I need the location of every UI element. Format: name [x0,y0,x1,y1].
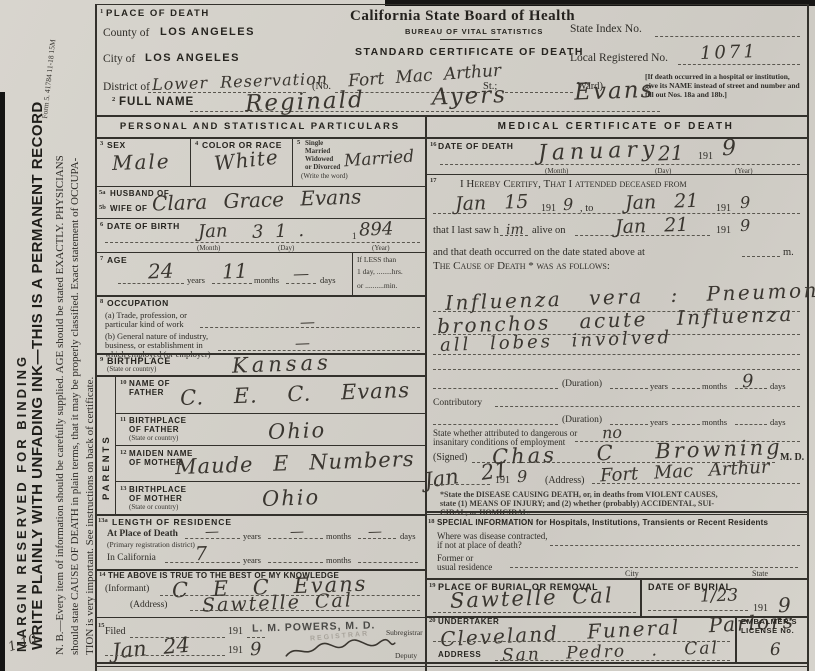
if-less-line3: or ..........min. [357,281,397,290]
rule-under-age-row [95,295,425,297]
residence-at-years-label: years [243,531,261,541]
father-birthplace-note: (State or country) [129,434,178,442]
state-caption: State [752,569,768,578]
residence-in-california-label: In California [107,553,156,563]
sex-label: SEX [107,140,126,150]
md-label: M. D. [780,452,804,463]
last-saw-date: Jan 21 [615,214,689,239]
dob-cap-year: (Year) [372,244,390,252]
filed-year-printed-1: 191 [228,626,243,637]
full-name-label: FULL NAME [119,96,194,108]
standard-certificate-title: STANDARD CERTIFICATE OF DEATH [355,46,584,58]
dob-label: DATE OF BIRTH [107,221,180,231]
personal-section-title: PERSONAL AND STATISTICAL PARTICULARS [95,121,425,132]
duration2-months-label: months [702,417,727,427]
certify-from-year: 9 [563,195,574,214]
board-of-health-title: California State Board of Health [350,8,575,25]
rule-under-dod [425,174,807,175]
last-saw-him-value: im [506,222,524,239]
dob-year-value: 894 [359,218,394,240]
signed-label: (Signed) [433,452,467,463]
num-residence: 13a [98,517,108,524]
certify-from-date: Jan 15 [455,191,529,216]
informant-address-label: (Address) [130,600,167,610]
hospital-note: [If death occurred in a hospital or inst… [645,72,803,99]
signed-year: 9 [517,467,528,486]
certify-to-year: 9 [740,193,751,212]
num-burial: 19 [429,582,436,589]
rule-under-section-titles [95,137,809,139]
num-full-name: 2 [112,96,115,103]
burial-place-value: Sawtelle Cal [450,583,614,613]
occurred-m-label: m. [783,247,794,258]
margin-nb-line1: N. B.—Every item of information should b… [54,155,66,655]
date-of-death-day: 21 [658,141,684,166]
duration2-months-blank [672,424,700,425]
bureau-underline [440,39,500,40]
duration-years-label: years [650,381,668,391]
certify-to-date: Jan 21 [625,190,699,215]
residence-at-days-label: days [400,531,416,541]
local-registered-value: 1071 [700,41,759,64]
last-saw-text2: alive on [532,225,566,236]
age-label: AGE [107,255,127,265]
duration2-label: (Duration) [562,415,602,425]
duration-months-label: months [702,381,727,391]
informant-label: (Informant) [105,584,149,594]
certify-to-year-printed: 191 [716,203,731,214]
rule-under-violent-note [425,511,807,513]
rule-under-fullname [95,115,809,117]
frame-top [95,4,809,5]
rule-under-dob-row [95,252,425,253]
signed-address-label: (Address) [545,475,584,486]
num-undertaker: 20 [429,617,436,624]
duration-years-blank [610,388,648,389]
city-caption: City [625,569,639,578]
birthplace-note: (State or country) [107,365,156,373]
city-value: LOS ANGELES [145,52,240,64]
local-registered-blank [678,64,800,65]
scan-edge-top [385,0,815,6]
local-registered-label: Local Registered No. [570,52,668,64]
dob-cap-day: (Day) [278,244,294,252]
date-of-death-label: DATE OF DEATH [438,141,513,151]
num-dob: 6 [100,221,103,228]
num-wife: 5b [99,204,106,211]
duration2-lead-blank [433,424,558,425]
marital-option-divorced: or Divorced [305,163,340,171]
num-mother-birthplace: 13 [120,485,127,492]
divider-age-ifless [352,252,353,295]
num-informant: 14 [99,571,106,578]
cause-rule-4 [433,369,800,370]
residence-registration-note: (Primary registration district) [107,540,195,549]
date-of-death-month: January [538,137,660,166]
death-certificate-scan: Form 5. 41784 11-18 15M MARGIN RESERVED … [0,0,815,671]
age-years-label: years [187,275,205,285]
residence-cal-months-label: months [326,555,351,565]
marital-value: Married [343,147,414,172]
embalmer-license-value: 6 [770,640,782,660]
medical-section-title: MEDICAL CERTIFICATE OF DEATH [425,121,807,132]
margin-binding-note: MARGIN RESERVED FOR BINDING [14,354,29,652]
age-days-blank [286,283,316,284]
duration-lead-blank [433,388,558,389]
if-less-line2: 1 day, ........hrs. [357,267,403,276]
certify-from-year-printed: 191 [541,203,556,214]
father-birthplace-value: Ohio [268,418,327,444]
residence-cal-days-blank [358,562,418,563]
father-birthplace-label1: BIRTHPLACE [129,416,187,425]
father-name-label1: NAME OF [129,379,170,388]
marital-write-note: (Write the word) [301,172,348,180]
last-saw-year-printed: 191 [716,225,731,236]
father-name-value: C. E. C. Evans [180,378,411,410]
age-months-label: months [254,275,279,285]
residence-at-months-dash: — [290,524,305,540]
if-less-line1: If LESS than [357,255,396,264]
burial-date-value: 1/23 [700,585,739,606]
wife-of-value: Clara Grace Evans [152,184,362,215]
num-date-of-death: 16 [430,141,437,148]
birthplace-value: Kansas [232,350,333,377]
duration2-years-label: years [650,417,668,427]
rule-under-mother-name [115,481,425,482]
num-father-birthplace: 11 [120,416,126,423]
occurred-time-blank [742,256,780,257]
mother-birthplace-value: Ohio [262,485,321,511]
num-birthplace: 9 [100,356,103,363]
duration-label: (Duration) [562,379,602,389]
filed-year-blank-1 [247,637,265,638]
informant-address-value: Sawtelle Cal [202,589,354,616]
dob-cap-month: (Month) [197,244,220,252]
age-months-value: 11 [222,259,248,284]
num-special: 18 [428,518,435,525]
num-certify: 17 [430,177,437,184]
margin-nb-line2: should state CAUSE OF DEATH in plain ter… [69,158,81,655]
num-sex: 3 [100,140,103,147]
duration-months-blank [672,388,700,389]
occupation-a-value: — [300,313,316,332]
signed-year-printed: 191 [495,475,510,486]
deputy-label: Deputy [395,651,417,660]
dob-month-value: Jan [198,220,228,242]
wife-of-label: WIFE OF [110,204,148,213]
father-birthplace-label2: OF FATHER [129,425,179,434]
mother-name-value: Maude E Numbers [175,447,415,479]
rule-under-parents [95,514,425,516]
district-label: District of [103,81,150,93]
occupation-b-value: — [295,334,311,353]
duration-days-blank [735,388,767,389]
former-line2: usual residence [437,562,492,572]
divider-race-marital [292,137,293,186]
occupation-label: OCCUPATION [107,298,169,308]
divider-sex-race [190,137,191,186]
undertaker-address-blank [495,660,730,661]
filed-date-value: Jan 24 [111,633,191,664]
county-value: LOS ANGELES [160,26,255,38]
marital-option-single: Single [305,139,323,147]
date-of-death-year-printed: 191 [698,151,713,162]
filed-date-blank-2 [105,655,225,656]
num-place-of-death: 1 [100,8,103,15]
filed-year-printed-2: 191 [228,645,243,656]
embalmer-label-line2: LICENSE No. [741,626,794,635]
residence-cal-years-label: years [243,555,261,565]
num-husband: 5a [99,189,106,196]
certify-line1: I Hereby Certify, That I attended deceas… [460,178,687,190]
num-marital: 5 [297,139,300,146]
former-residence-blank [510,567,798,568]
violent-note-line2: state (1) MEANS OF INJURY; and (2) wheth… [440,499,714,508]
place-of-death-label: PLACE OF DEATH [106,8,210,19]
num-filed: 15 [98,622,105,629]
residence-at-months-label: months [326,531,351,541]
county-label: County of [103,27,149,39]
occurred-text: and that death occurred on the date stat… [433,247,645,258]
num-father-name: 10 [120,379,127,386]
burial-date-blank [648,610,748,611]
father-name-label2: FATHER [129,388,164,397]
dob-year-printed: 1 [352,231,357,241]
sex-value: Male [112,149,171,175]
rule-under-father-name [115,413,425,414]
parents-side-label: PARENTS [101,434,112,500]
frame-bottom2 [95,666,809,667]
mother-birthplace-label1: BIRTHPLACE [129,485,187,494]
rule-under-father-birthplace [115,445,425,446]
city-label: City of [103,53,135,65]
frame-right [807,4,809,671]
filed-label-1: Filed [105,626,126,637]
deputy-signature [283,635,399,663]
dob-day-value: 3 1 . [252,220,305,243]
age-months-blank [212,283,252,284]
column-divider [425,115,427,671]
num-age: 7 [100,255,103,262]
occupation-a-line2: particular kind of work [105,319,184,329]
scan-edge-left [0,92,5,671]
violent-note-line3: CIDAL, or HOMICIDAL. [440,508,530,517]
date-of-death-year: 9 [722,136,737,161]
residence-at-place-label: At Place of Death [107,529,178,539]
cause-of-death-label: The Cause of Death * was as follows: [433,260,610,272]
residence-at-years-dash: — [205,524,220,540]
last-saw-text1: that I last saw h [433,225,499,236]
marital-option-widowed: Widowed [305,155,333,163]
residence-at-days-dash: — [368,524,383,540]
special-title: SPECIAL INFORMATION for Hospitals, Insti… [437,518,768,527]
rule-under-birthplace [95,375,425,377]
frame-bottom [95,662,809,664]
residence-cal-months-blank [268,562,323,563]
marital-option-married: Married [305,147,330,155]
state-index-label: State Index No. [570,23,642,35]
rule-under-violent-note2 [425,514,807,515]
undertaker-address-label: ADDRESS [438,650,481,659]
filed-year-value: 9 [250,639,262,660]
state-index-blank [655,36,800,37]
contributory-label: Contributory [433,398,482,408]
num-mother-name: 12 [120,449,127,456]
contributory-blank [495,406,800,407]
duration-days-label: days [770,381,786,391]
mother-birthplace-note: (State or country) [129,503,178,511]
mother-birthplace-label2: OF MOTHER [129,494,182,503]
contracted-line2: if not at place of death? [437,540,522,550]
duration2-days-label: days [770,417,786,427]
rule-under-informant [95,617,425,618]
num-race: 4 [195,140,198,147]
num-occupation: 8 [100,298,103,305]
rule-under-special [425,578,807,580]
age-years-value: 24 [148,259,174,284]
margin-permanent-record-note: WRITE PLAINLY WITH UNFADING INK—THIS IS … [29,101,46,650]
contracted-blank [550,545,800,546]
certify-to-label: , to [580,203,593,214]
signed-date-blank [430,484,490,485]
embalmer-label-line1: EMBALMER'S [741,617,797,626]
duration2-days-blank [735,424,767,425]
frame-left [95,4,97,671]
violent-note-line1: *State the DISEASE CAUSING DEATH, or, in… [440,490,718,499]
last-saw-year: 9 [740,216,751,235]
date-of-death-blank [440,164,800,165]
divider-burial-date [640,578,642,616]
age-days-label: days [320,275,336,285]
employment-value: no [602,423,623,443]
age-days-value: — [293,264,310,284]
residence-cal-years-value: 7 [195,543,208,565]
burial-place-blank [433,612,636,613]
bureau-subtitle: BUREAU OF VITAL STATISTICS [405,27,543,36]
